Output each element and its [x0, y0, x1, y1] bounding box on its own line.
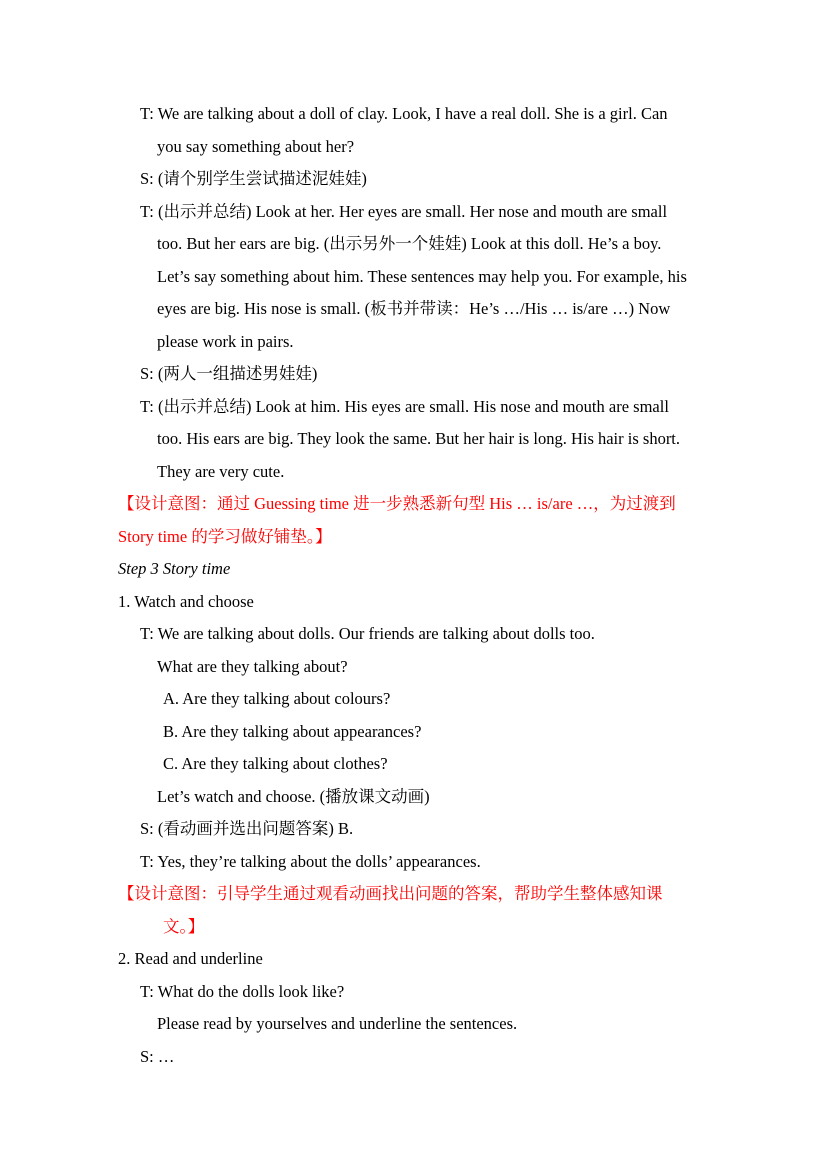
choice-option-a: A. Are they talking about colours?: [163, 683, 710, 716]
choice-option-b: B. Are they talking about appearances?: [163, 716, 710, 749]
doc-line-teacher-cont: Let’s watch and choose. (播放课文动画): [157, 781, 710, 814]
doc-line-teacher-cont: too. But her ears are big. (出示另外一个娃娃) Lo…: [157, 228, 710, 261]
doc-line-teacher-cont: too. His ears are big. They look the sam…: [157, 423, 710, 456]
document-page: T: We are talking about a doll of clay. …: [0, 0, 827, 1170]
activity-heading: 2. Read and underline: [118, 943, 710, 976]
design-intent-line: Story time 的学习做好铺垫。】: [118, 521, 710, 554]
doc-line-teacher: T: We are talking about a doll of clay. …: [140, 98, 710, 131]
design-intent-line: 【设计意图：引导学生通过观看动画找出问题的答案，帮助学生整体感知课: [118, 878, 710, 911]
design-intent-line-cont: 文。】: [163, 911, 710, 944]
doc-line-teacher: T: We are talking about dolls. Our frien…: [140, 618, 710, 651]
doc-line-teacher: T: What do the dolls look like?: [140, 976, 710, 1009]
doc-line-teacher-cont: you say something about her?: [157, 131, 710, 164]
step-heading: Step 3 Story time: [118, 553, 710, 586]
doc-line-teacher-cont: eyes are big. His nose is small. (板书并带读：…: [157, 293, 710, 326]
doc-line-teacher-cont: They are very cute.: [157, 456, 710, 489]
document-body: T: We are talking about a doll of clay. …: [118, 98, 710, 1073]
doc-line-student: S: …: [140, 1041, 710, 1074]
doc-line-student: S: (两人一组描述男娃娃): [140, 358, 710, 391]
doc-line-teacher: T: (出示并总结) Look at her. Her eyes are sma…: [140, 196, 710, 229]
doc-line-teacher-cont: please work in pairs.: [157, 326, 710, 359]
design-intent-line: 【设计意图：通过 Guessing time 进一步熟悉新句型 His … is…: [118, 488, 710, 521]
doc-line-teacher: T: (出示并总结) Look at him. His eyes are sma…: [140, 391, 710, 424]
doc-line-teacher-cont: What are they talking about?: [157, 651, 710, 684]
doc-line-teacher: T: Yes, they’re talking about the dolls’…: [140, 846, 710, 879]
choice-option-c: C. Are they talking about clothes?: [163, 748, 710, 781]
doc-line-teacher-cont: Please read by yourselves and underline …: [157, 1008, 710, 1041]
activity-heading: 1. Watch and choose: [118, 586, 710, 619]
doc-line-student: S: (看动画并选出问题答案) B.: [140, 813, 710, 846]
doc-line-teacher-cont: Let’s say something about him. These sen…: [157, 261, 710, 294]
doc-line-student: S: (请个别学生尝试描述泥娃娃): [140, 163, 710, 196]
